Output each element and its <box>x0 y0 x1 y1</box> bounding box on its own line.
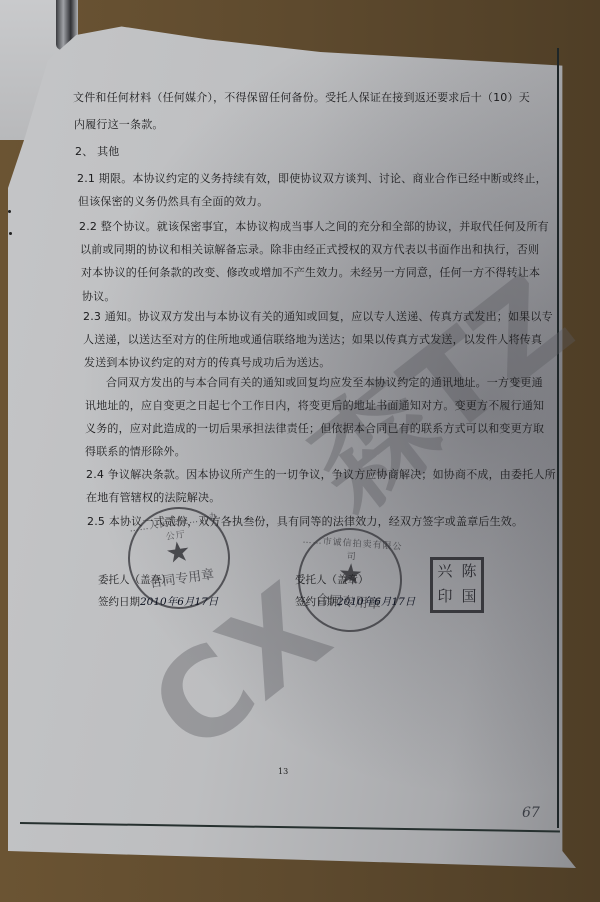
page-number: 13 <box>278 767 288 776</box>
trustee-label: 受托人（盖章） <box>295 572 369 587</box>
text-line: 对本协议的任何条款的改变、修改或增加不产生效力。未经另一方同意，任何一方不得转让… <box>81 267 540 280</box>
sign-date-label: 签约日期 <box>295 596 337 608</box>
sign-date-label: 签约日期 <box>98 596 140 608</box>
punch-mark <box>8 210 11 213</box>
punch-mark <box>9 232 12 235</box>
text-line: 得联系的情形除外。 <box>85 446 186 459</box>
text-line: 文件和任何材料（任何媒介），不得保留任何备份。受托人保证在接到返还要求后十（10… <box>73 92 530 105</box>
text-line: 协议。 <box>82 291 116 304</box>
page-border-right <box>557 48 559 828</box>
sign-date-right: 签约日期2010年6月17日 <box>295 594 415 609</box>
seal-char: 印 <box>433 585 457 610</box>
seal-char: 兴 <box>433 560 457 585</box>
sign-date-left: 签约日期2010年6月17日 <box>98 594 218 609</box>
text-line: 义务的，应对此造成的一切后果承担法律责任；但依据本合同已有的联系方式可以和变更方… <box>85 423 544 436</box>
star-icon: ★ <box>163 534 192 570</box>
text-line: 2.2 整个协议。就该保密事宜，本协议构成当事人之间的充分和全部的协议，并取代任… <box>79 221 549 234</box>
text-line: 人送递，以送达至对方的住所地或通信联络地为送达；如果以传真方式发送，以发件人将传… <box>83 334 542 347</box>
principal-label: 委托人（盖章） <box>98 572 172 587</box>
text-line: 2.3 通知。协议双方发出与本协议有关的通知或回复，应以专人送递、传真方式发出；… <box>83 311 553 324</box>
personal-seal: 兴 陈 印 国 <box>430 557 484 613</box>
seal-char: 陈 <box>457 560 481 585</box>
text-line: 以前或同期的协议和相关谅解备忘录。除非由经正式授权的双方代表以书面作出和执行，否… <box>80 244 539 257</box>
text-line: 但该保密的义务仍然具有全面的效力。 <box>78 196 268 209</box>
text-line: 2.1 期限。本协议约定的义务持续有效，即使协议双方谈判、讨论、商业合作已经中断… <box>77 173 547 186</box>
text-line: 内履行这一条款。 <box>74 119 164 132</box>
text-line: 2.4 争议解决条款。因本协议所产生的一切争议，争议方应协商解决；如协商不成，由… <box>86 469 556 482</box>
text-line: 发送到本协议约定的对方的传真号成功后为送达。 <box>84 357 330 370</box>
seal-char: 国 <box>457 585 481 610</box>
handwritten-date: 2010年6月17日 <box>140 596 218 608</box>
text-line: 在地有管辖权的法院解决。 <box>86 492 220 505</box>
handwritten-date: 2010年6月17日 <box>337 596 415 608</box>
handwritten-page-number: 67 <box>522 805 540 821</box>
text-line: 合同双方发出的与本合同有关的通知或回复均应发至本协议约定的通讯地址。一方变更通 <box>106 377 543 390</box>
section-heading: 2、 其他 <box>75 146 120 159</box>
text-line: 讯地址的，应自变更之日起七个工作日内，将变更后的地址书面通知对方。变更方不履行通… <box>85 400 544 413</box>
